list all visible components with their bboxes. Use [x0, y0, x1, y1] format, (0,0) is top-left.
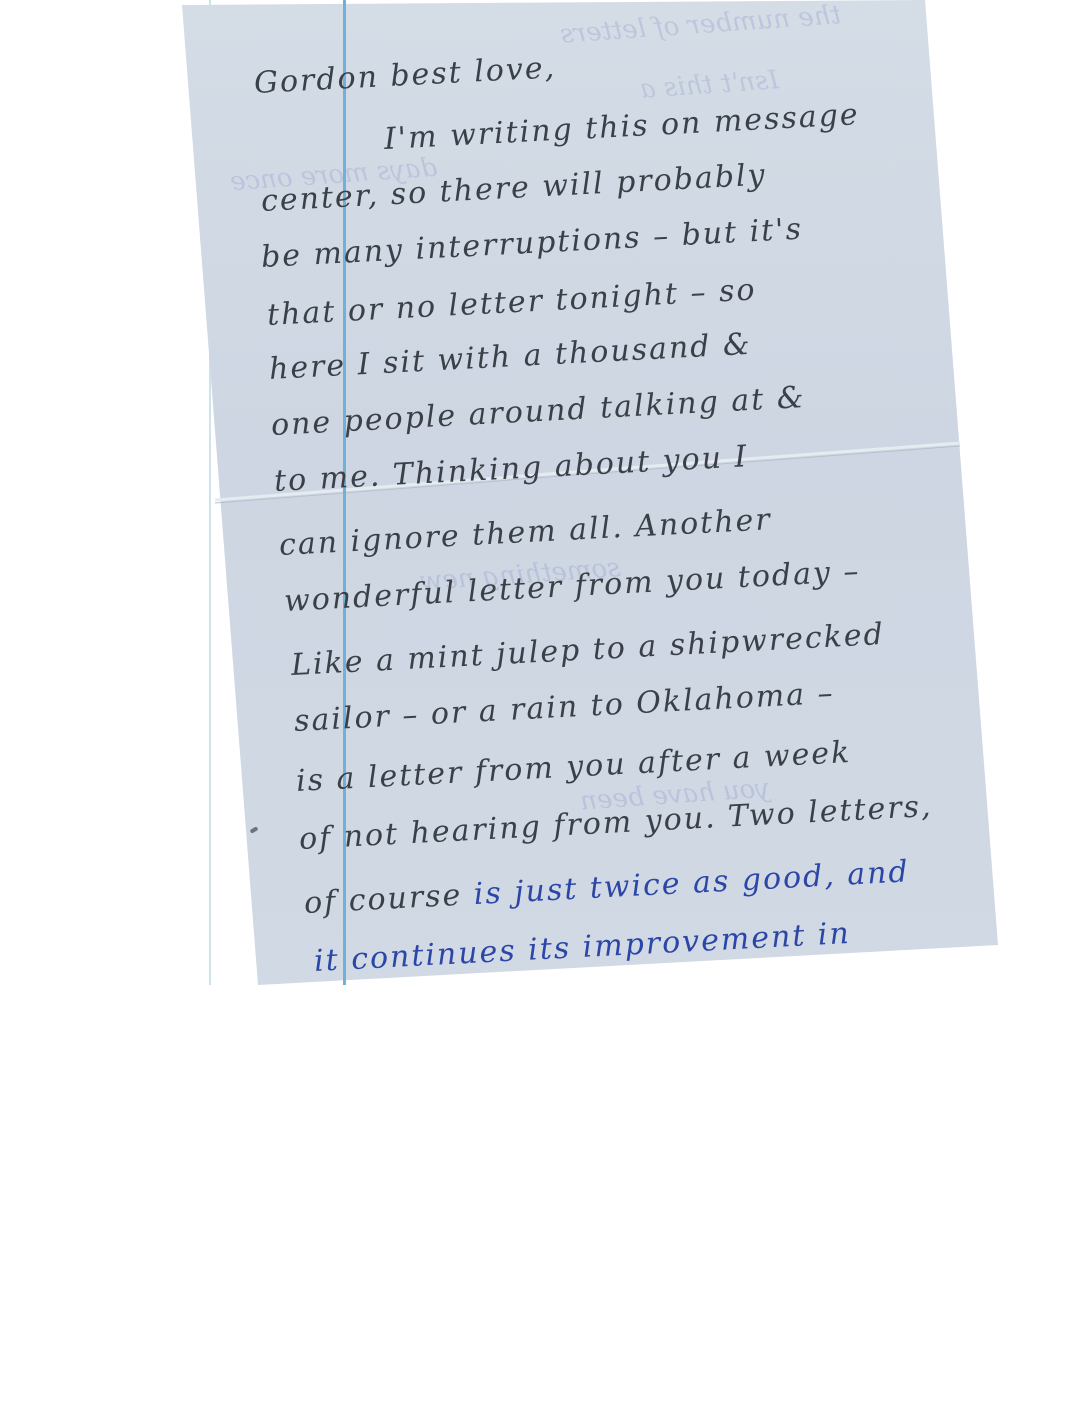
- letter-sheet: [0, 0, 1088, 1000]
